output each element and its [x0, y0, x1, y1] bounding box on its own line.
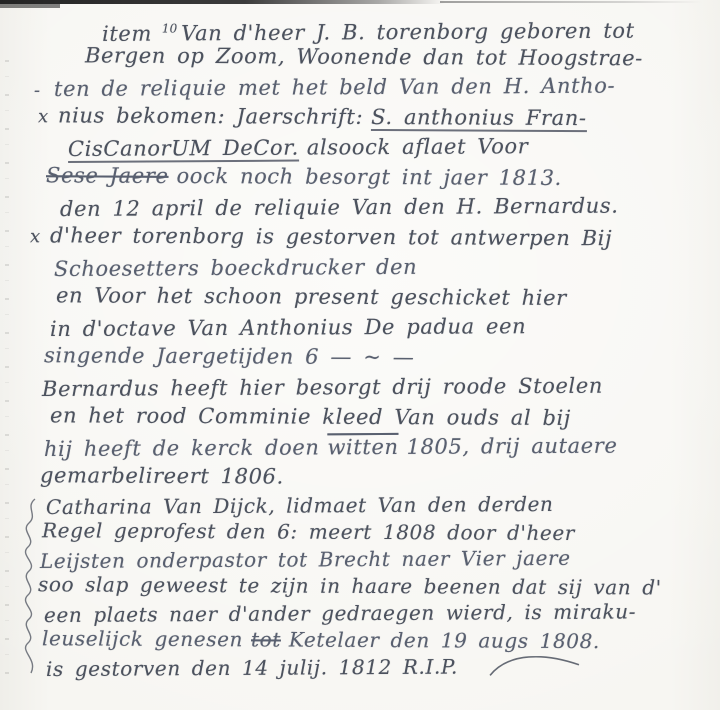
struck-text: tot — [251, 627, 281, 651]
line-text: Schoesetters boeckdrucker den — [54, 255, 417, 281]
manuscript-line: singende Jaergetijden 6 — ~ — — [44, 340, 714, 374]
line-text: is gestorven den 14 julij. 1812 R.I.P. — [46, 655, 458, 682]
manuscript-line: Schoesetters boeckdrucker den — [54, 250, 714, 284]
line-text: den 12 april de reliquie Van den H. Bern… — [60, 194, 619, 221]
line-text: en Voor het schoon present geschicket hi… — [56, 283, 567, 310]
overlined-text: witten — [327, 435, 398, 459]
manuscript-line: soo slap geweest te zijn in haare beenen… — [38, 571, 714, 602]
scan-artifact-left-speckle — [5, 60, 9, 680]
line-text: leuselijck genesen — [42, 626, 243, 651]
chronogram-text: S. anthonius Fran- — [371, 105, 587, 132]
catharina-paragraph: Catharina Van Dijck, lidmaet Van den der… — [30, 492, 714, 681]
manuscript-line: leuselijck genesentotKetelaer den 19 aug… — [42, 625, 714, 656]
manuscript-line: item10Van d'heer J. B. torenborg geboren… — [102, 10, 714, 44]
manuscript-line: Bergen op Zoom, Woonende dan tot Hoogstr… — [85, 40, 714, 73]
line-text: Regel geprofest den 6: meert 1808 door d… — [42, 518, 575, 545]
line-text: ten de reliquie met het beld Van den H. … — [54, 74, 615, 101]
margin-x-mark: x — [30, 222, 50, 252]
line-text: in d'octave Van Anthonius De padua een — [50, 314, 526, 341]
manuscript-line: Bernardus heeft hier besorgt drij roode … — [42, 370, 714, 404]
line-text: Bergen op Zoom, Woonende dan tot Hoogstr… — [85, 43, 643, 70]
line-text: gemarbelireert 1806. — [40, 463, 284, 488]
manuscript-line: -ten de reliquie met het beld Van den H.… — [34, 70, 714, 104]
line-text: een plaets naer d'ander gedraegen wierd,… — [44, 599, 636, 627]
manuscript-line: Catharina Van Dijck, lidmaet Van den der… — [46, 490, 714, 521]
manuscript-line: xd'heer torenborg is gestorven tot antwe… — [30, 220, 714, 254]
struck-text: Sese Jaere — [46, 163, 169, 188]
manuscript-line: den 12 april de reliquie Van den H. Bern… — [60, 190, 714, 224]
line-text: oock noch besorgt int jaer 1813. — [176, 164, 561, 190]
manuscript-line: Sese Jaereoock noch besorgt int jaer 181… — [46, 160, 714, 193]
line-text: singende Jaergetijden 6 — ~ — — [44, 343, 414, 369]
line-text: Leijsten onderpastor tot Brecht naer Vie… — [40, 546, 571, 573]
manuscript-scan-page: item10Van d'heer J. B. torenborg geboren… — [0, 0, 720, 710]
line-text: alsoock aflaet Voor — [307, 134, 529, 159]
manuscript-line: en het rood Comminie kleed Van ouds al b… — [50, 400, 714, 433]
line-text: hij heeft de kerck doen — [44, 435, 320, 461]
manuscript-line: gemarbelireert 1806. — [40, 460, 714, 494]
line-text: d'heer torenborg is gestorven tot antwer… — [50, 223, 612, 250]
manuscript-line: een plaets naer d'ander gedraegen wierd,… — [44, 598, 714, 629]
manuscript-line: xnius bekomen: Jaerschrift:S. anthonius … — [38, 100, 714, 134]
line-text: Bernardus heeft hier besorgt drij roode … — [42, 374, 603, 401]
line-text: Ketelaer den 19 augs 1808. — [289, 628, 600, 654]
line-text: 1805, drij autaere — [406, 434, 617, 459]
pen-flourish — [487, 655, 583, 680]
manuscript-text-block: item10Van d'heer J. B. torenborg geboren… — [30, 12, 714, 681]
manuscript-line: CisCanorUM DeCor.alsoock aflaet Voor — [68, 130, 714, 164]
manuscript-line: Leijsten onderpastor tot Brecht naer Vie… — [40, 544, 714, 575]
manuscript-line: Regel geprofest den 6: meert 1808 door d… — [42, 517, 714, 548]
superscript-note: 10 — [162, 21, 177, 35]
line-text: Catharina Van Dijck, lidmaet Van den der… — [46, 492, 554, 519]
line-text: en het rood Comminie kleed Van ouds al b… — [50, 403, 571, 430]
line-text: nius bekomen: Jaerschrift: — [58, 103, 363, 129]
margin-x-mark: x — [38, 102, 58, 132]
margin-brace — [22, 497, 40, 677]
manuscript-line: hij heeft de kerck doenwitten1805, drij … — [44, 430, 714, 464]
manuscript-line: in d'octave Van Anthonius De padua een — [50, 310, 714, 344]
line-text: soo slap geweest te zijn in haare beenen… — [38, 572, 662, 599]
manuscript-line: is gestorven den 14 julij. 1812 R.I.P. — [46, 652, 714, 683]
chronogram-text: CisCanorUM DeCor. — [68, 136, 299, 163]
scan-artifact-top-line-faint — [440, 1, 702, 3]
scan-artifact-top-line — [0, 0, 445, 4]
manuscript-line: en Voor het schoon present geschicket hi… — [56, 280, 714, 313]
